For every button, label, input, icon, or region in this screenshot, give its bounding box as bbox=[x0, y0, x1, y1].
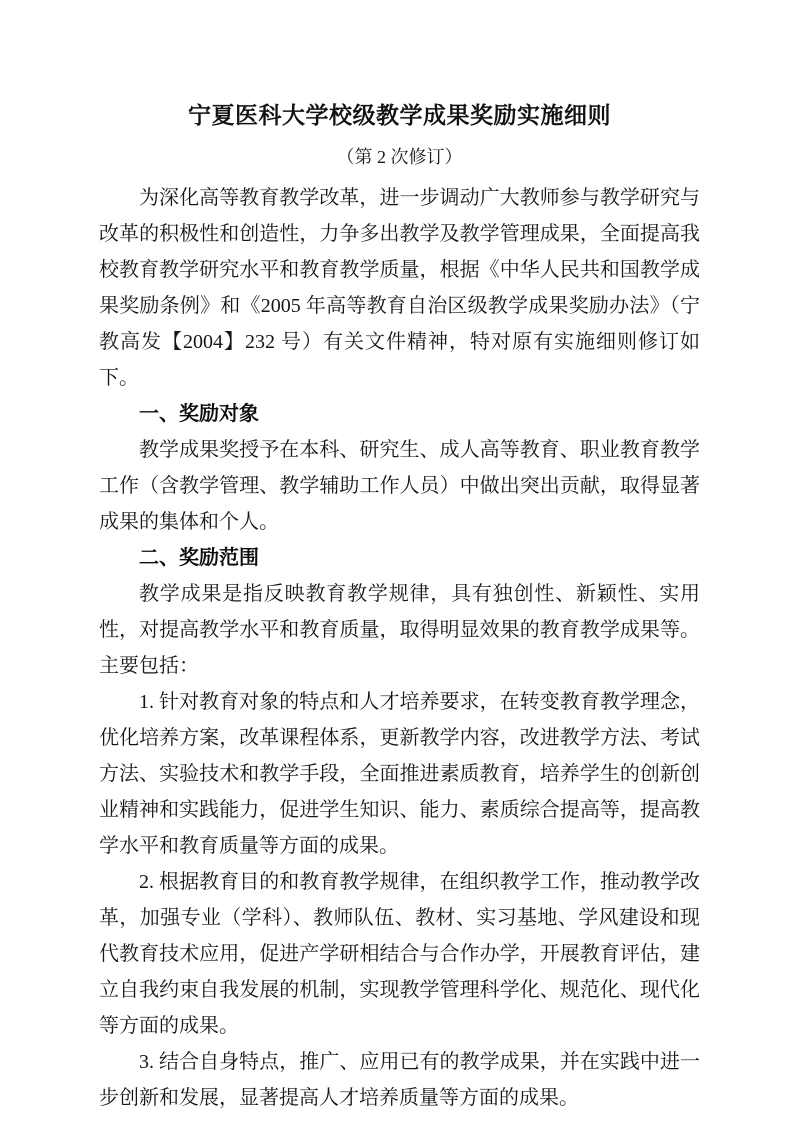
document-body: 为深化高等教育教学改革，进一步调动广大教师参与教学研究与改革的积极性和创造性，力… bbox=[99, 180, 700, 1116]
document-page: 宁夏医科大学校级教学成果奖励实施细则 （第 2 次修订） 为深化高等教育教学改革… bbox=[0, 0, 793, 1122]
section-heading-award-targets: 一、奖励对象 bbox=[99, 396, 700, 432]
award-targets-paragraph: 教学成果奖授予在本科、研究生、成人高等教育、职业教育教学工作（含教学管理、教学辅… bbox=[99, 432, 700, 540]
document-title: 宁夏医科大学校级教学成果奖励实施细则 bbox=[99, 98, 700, 132]
scope-item-3-paragraph: 3. 结合自身特点，推广、应用已有的教学成果，并在实践中进一步创新和发展，显著提… bbox=[99, 1044, 700, 1116]
award-scope-intro-paragraph: 教学成果是指反映教育教学规律，具有独创性、新颖性、实用性，对提高教学水平和教育质… bbox=[99, 576, 700, 684]
intro-paragraph: 为深化高等教育教学改革，进一步调动广大教师参与教学研究与改革的积极性和创造性，力… bbox=[99, 180, 700, 396]
scope-item-2-paragraph: 2. 根据教育目的和教育教学规律，在组织教学工作，推动教学改革，加强专业（学科）… bbox=[99, 864, 700, 1044]
document-subtitle: （第 2 次修订） bbox=[99, 142, 700, 172]
section-heading-award-scope: 二、奖励范围 bbox=[99, 540, 700, 576]
scope-item-1-paragraph: 1. 针对教育对象的特点和人才培养要求，在转变教育教学理念，优化培养方案，改革课… bbox=[99, 684, 700, 864]
